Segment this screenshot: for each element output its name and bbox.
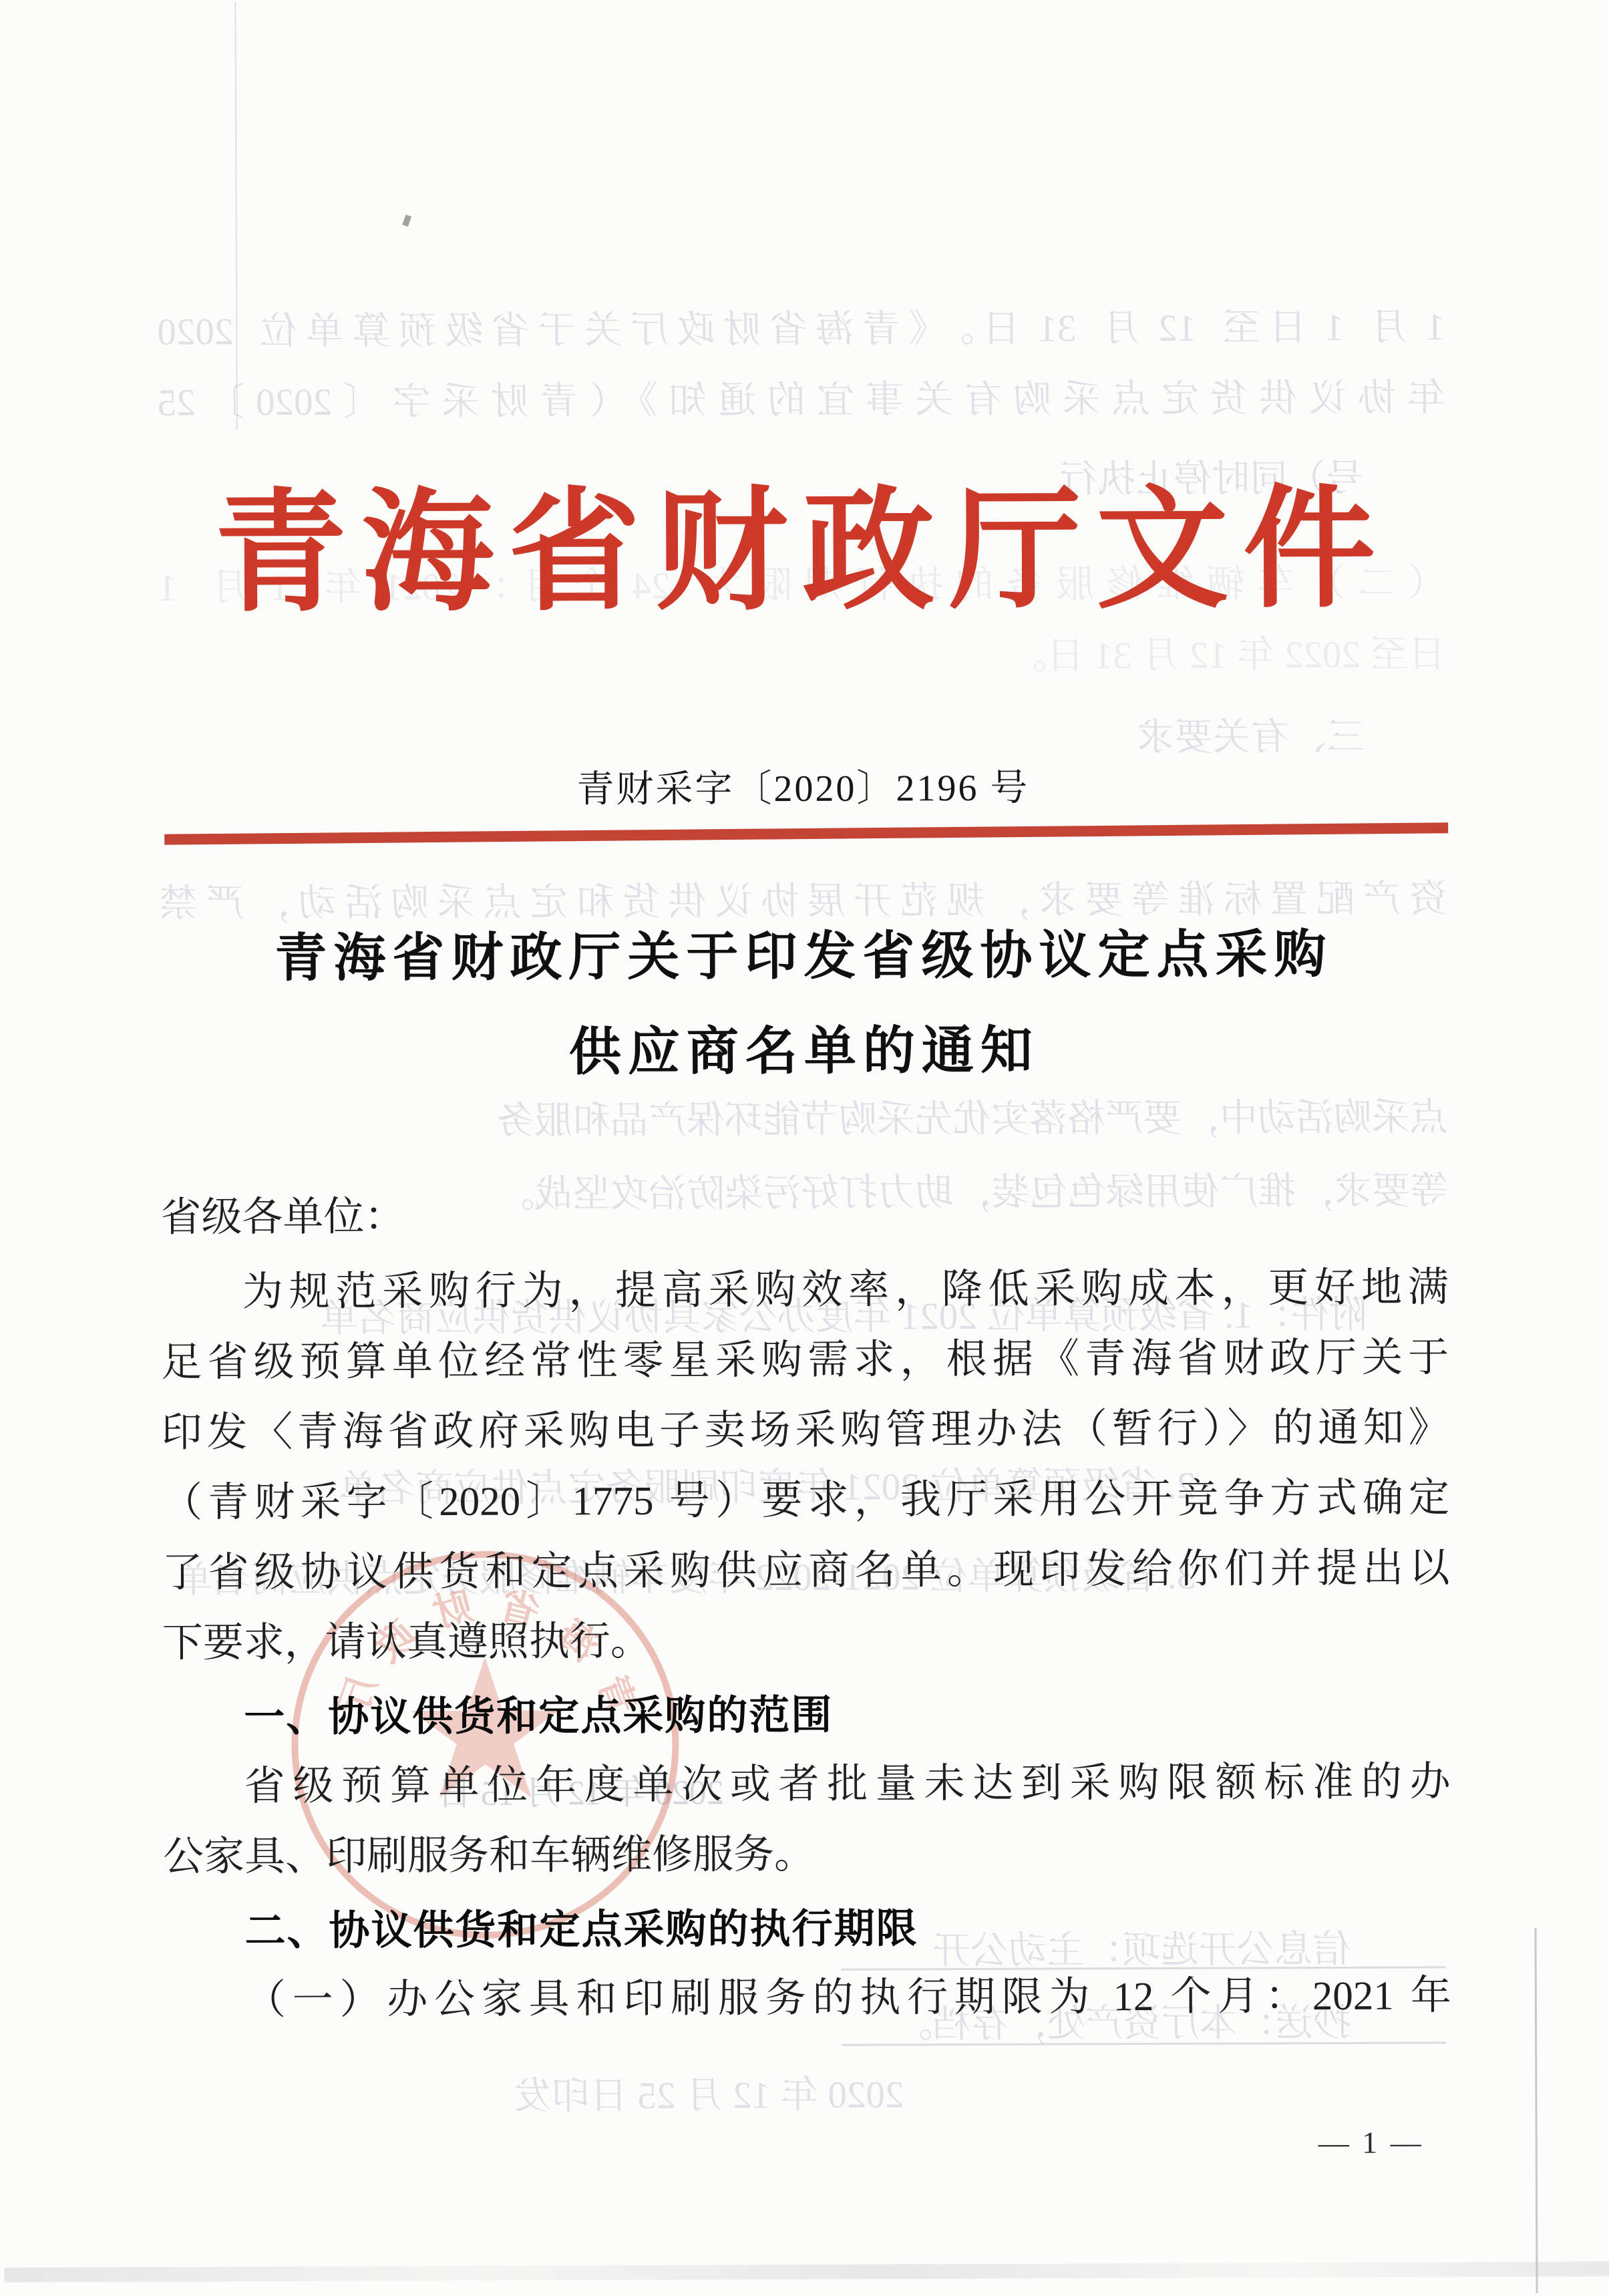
salutation: 省级各单位： <box>160 1190 1448 1241</box>
bleedthrough-separator-line <box>842 2041 1446 2045</box>
notice-title-line2: 供应商名单的通知 <box>0 1017 1609 1085</box>
bleedthrough-line: 三、有关要求 <box>159 715 1447 763</box>
bleedthrough-line: 年协议供货定点采购有关事宜的通知》（青财采字〔2020〕25 <box>158 377 1445 424</box>
scan-crease <box>234 2 237 430</box>
scan-edge-line <box>1534 1928 1538 2293</box>
body-line: 公家具、印刷服务和车辆维修服务。 <box>163 1830 1451 1880</box>
section-heading-1: 一、协议供货和定点采购的范围 <box>162 1689 1450 1740</box>
bleedthrough-line: 2020 年 12 月 25 日印发 <box>164 2072 1451 2119</box>
scanned-content: 1 月 1 日至 12 月 31 日。《青海省财政厅关于省级预算单位 2020 … <box>0 0 1609 2296</box>
bleedthrough-line: 点采购活动中，要严格落实优先采购节能环保产品和服务 <box>160 1096 1448 1144</box>
scan-speck <box>402 214 411 226</box>
body-line: 为规范采购行为，提高采购效率，降低采购成本，更好地满 <box>161 1265 1449 1315</box>
body-line: 下要求，请认真遵照执行。 <box>162 1616 1450 1666</box>
page-number: — 1 — <box>1318 2124 1424 2160</box>
body-line: 了省级协议供货和定点采购供应商名单。现印发给你们并提出以 <box>162 1546 1449 1596</box>
bleedthrough-line: 资产配置标准等要求，规范开展协议供货和定点采购活动，严禁 <box>159 878 1447 925</box>
doc-number: 青财采字〔2020〕2196 号 <box>0 762 1608 815</box>
seal-ring <box>291 1550 679 1939</box>
letterhead-title: 青海省财政厅文件 <box>0 472 1607 632</box>
body-line: （一）办公家具和印刷服务的执行期限为 12 个月：2021 年 <box>164 1973 1451 2023</box>
body-line: 印发〈青海省政府采购电子卖场采购管理办法（暂行）〉的通知》 <box>162 1406 1449 1456</box>
official-seal-bleed: ★ 青 海 省 财 政 厅 <box>291 1550 679 1939</box>
document-page: 1 月 1 日至 12 月 31 日。《青海省财政厅关于省级预算单位 2020 … <box>0 0 1609 2296</box>
scan-bottom-shadow <box>4 2261 1609 2282</box>
body-line: 省级预算单位年度单次或者批量未达到采购限额标准的办 <box>163 1760 1451 1810</box>
bleedthrough-separator-line <box>842 1966 1446 1970</box>
section-heading-2: 二、协议供货和定点采购的执行期限 <box>163 1903 1451 1953</box>
bleedthrough-line: 日至 2022 年 12 月 31 日。 <box>158 633 1446 681</box>
body-line: （青财采字〔2020〕1775 号）要求，我厅采用公开竞争方式确定 <box>162 1476 1449 1526</box>
body-line: 足省级预算单位经常性零星采购需求，根据《青海省财政厅关于 <box>161 1335 1449 1385</box>
red-separator-rule <box>164 822 1448 844</box>
notice-title-line1: 青海省财政厅关于印发省级协议定点采购 <box>0 923 1608 990</box>
bleedthrough-line: 1 月 1 日至 12 月 31 日。《青海省财政厅关于省级预算单位 2020 <box>157 306 1445 353</box>
